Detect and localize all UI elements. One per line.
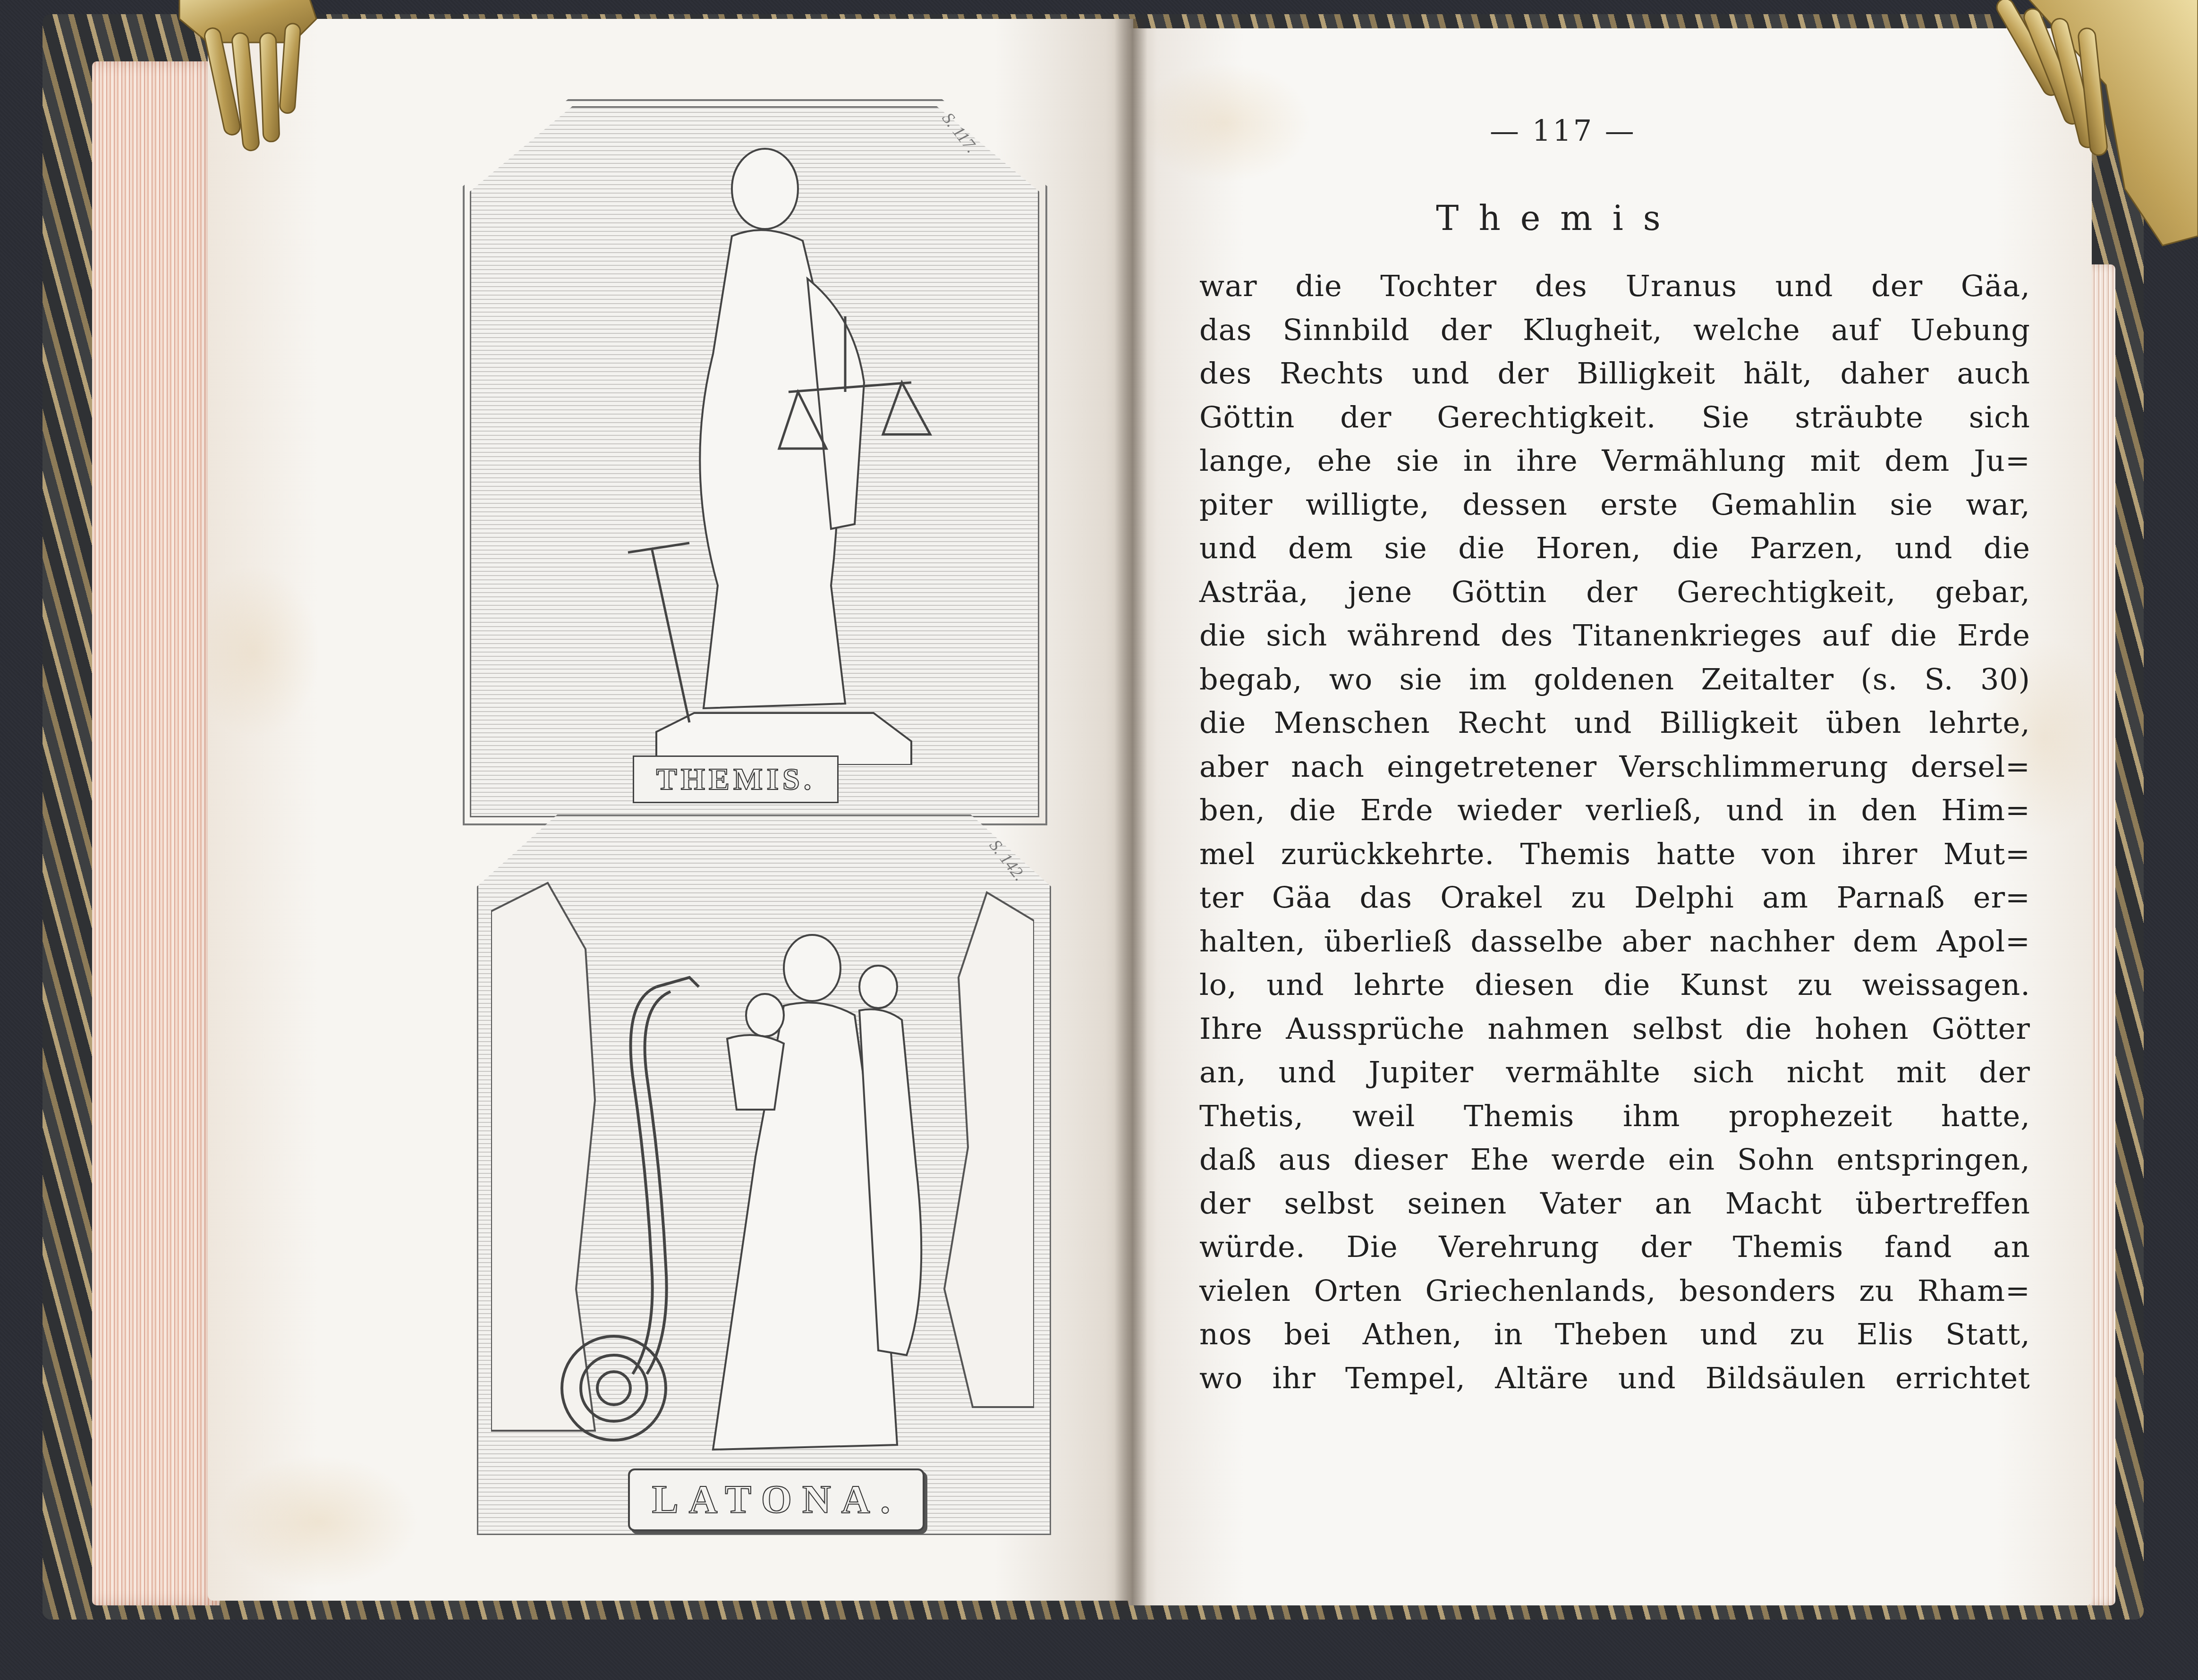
text-line: mel zurückkehrte. Themis hatte von ihrer… [1199,832,2030,876]
text-line: Göttin der Gerechtigkeit. Sie sträubte s… [1199,396,2030,440]
text-line: und dem sie die Horen, die Parzen, und d… [1199,526,2030,570]
chapter-title: Themis [1393,198,1723,238]
book-gutter [1114,19,1147,1605]
text-line: an, und Jupiter vermählte sich nicht mit… [1199,1051,2030,1095]
text-line: ter Gäa das Orakel zu Delphi am Parnaß e… [1199,876,2030,920]
text-line: war die Tochter des Uranus und der Gäa, [1199,264,2030,308]
latona-label: LATONA. [628,1468,925,1531]
text-line: halten, überließ dasselbe aber nachher d… [1199,920,2030,964]
text-line: Thetis, weil Themis ihm prophezeit hatte… [1199,1095,2030,1138]
text-line: begab, wo sie im goldenen Zeitalter (s. … [1199,658,2030,702]
page-number: — 117 — [1454,113,1672,148]
text-line: die sich während des Titanenkrieges auf … [1199,614,2030,658]
text-line: Ihre Aussprüche nahmen selbst die hohen … [1199,1007,2030,1051]
themis-statue-icon [609,137,949,765]
text-line: würde. Die Verehrung der Themis fand an [1199,1225,2030,1269]
text-line: lange, ehe sie in ihre Vermählung mit de… [1199,439,2030,483]
text-line: die Menschen Recht und Billigkeit üben l… [1199,701,2030,745]
text-line: piter willigte, dessen erste Gemahlin si… [1199,483,2030,527]
text-line: vielen Orten Griechenlands, besonders zu… [1199,1269,2030,1313]
text-line: des Rechts und der Billigkeit hält, dahe… [1199,352,2030,396]
text-line: der selbst seinen Vater an Macht übertre… [1199,1182,2030,1226]
text-line: lo, und lehrte diesen die Kunst zu weiss… [1199,963,2030,1007]
text-line: aber nach eingetretener Verschlimmerung … [1199,745,2030,789]
body-text: war die Tochter des Uranus und der Gäa, … [1199,264,2030,1400]
text-line: wo ihr Tempel, Altäre und Bildsäulen err… [1199,1357,2030,1400]
text-line: ben, die Erde wieder verließ, und in den… [1199,789,2030,832]
text-line: nos bei Athen, in Theben und zu Elis Sta… [1199,1313,2030,1357]
text-line: Asträa, jene Göttin der Gerechtigkeit, g… [1199,570,2030,614]
page-edges-left [92,61,220,1605]
brass-hand-left-icon [151,0,368,161]
themis-label: THEMIS. [633,755,839,803]
text-line: das Sinnbild der Klugheit, welche auf Ue… [1199,308,2030,352]
brass-hand-right-icon [1964,0,2198,255]
text-line: daß aus dieser Ehe werde ein Sohn entspr… [1199,1138,2030,1182]
latona-with-serpent-icon [491,864,1034,1464]
